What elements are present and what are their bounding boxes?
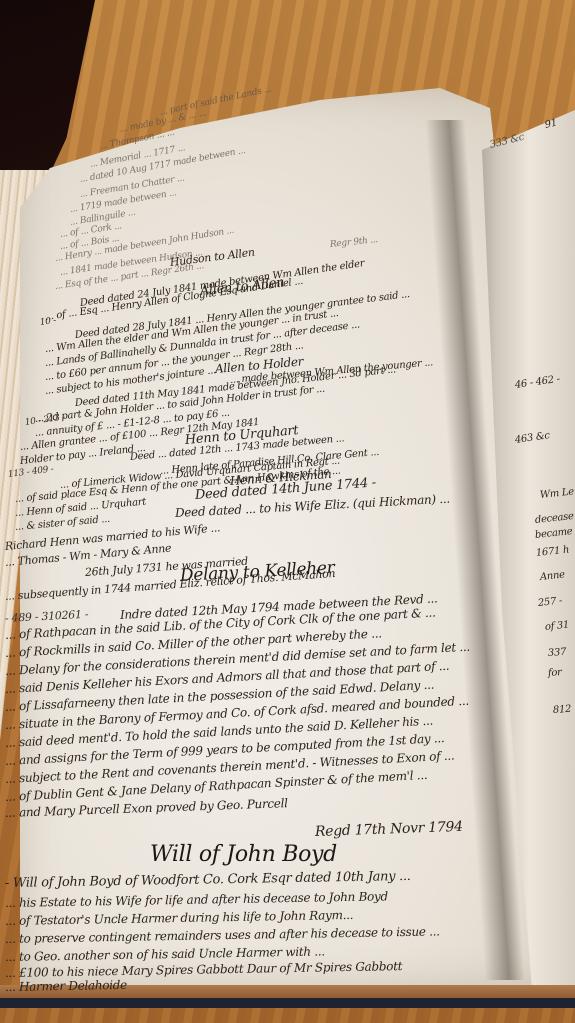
right-page-fragment: 333 &c (489, 132, 526, 151)
right-page-fragment: became (534, 526, 572, 541)
right-page-fragment: of 31 (544, 620, 569, 633)
entry-line: - Will of John Boyd of Woodfort Co. Cork… (5, 869, 411, 891)
entry-heading: Will of John Boyd (150, 842, 337, 867)
right-page-fragment: 337 (548, 647, 567, 659)
margin-number: - 489 - 310261 - (5, 608, 89, 625)
margin-number: 113 - 409 - (7, 464, 54, 479)
entry-line: ... of Testator's Uncle Harmer during hi… (5, 908, 353, 928)
right-page-fragment: 1671 h (535, 545, 569, 559)
right-page-fragment: Wm Le (539, 486, 574, 500)
manuscript-text: 91 333 &c 46 - 462 - 463 &c Wm Le deceas… (0, 0, 575, 1023)
entry-line: Regr 9th ... (329, 235, 378, 250)
registration-date: Regd 17th Novr 1794 (315, 819, 463, 840)
right-page-fragment: 463 &c (514, 430, 550, 446)
right-page-fragment: 812 (553, 704, 572, 716)
entry-line: ... to preserve contingent remainders us… (5, 924, 440, 946)
entry-line: ... his Estate to his Wife for life and … (5, 889, 388, 910)
right-page-fragment: 46 - 462 - (514, 374, 560, 391)
right-page-fragment: decease (534, 511, 574, 526)
page-number: 91 (544, 118, 558, 131)
right-page-fragment: Anne (539, 569, 565, 583)
right-page-fragment: 257 - (537, 596, 562, 609)
entry-line: ... Harmer Delahoide (5, 978, 127, 994)
right-page-fragment: for (548, 667, 562, 679)
